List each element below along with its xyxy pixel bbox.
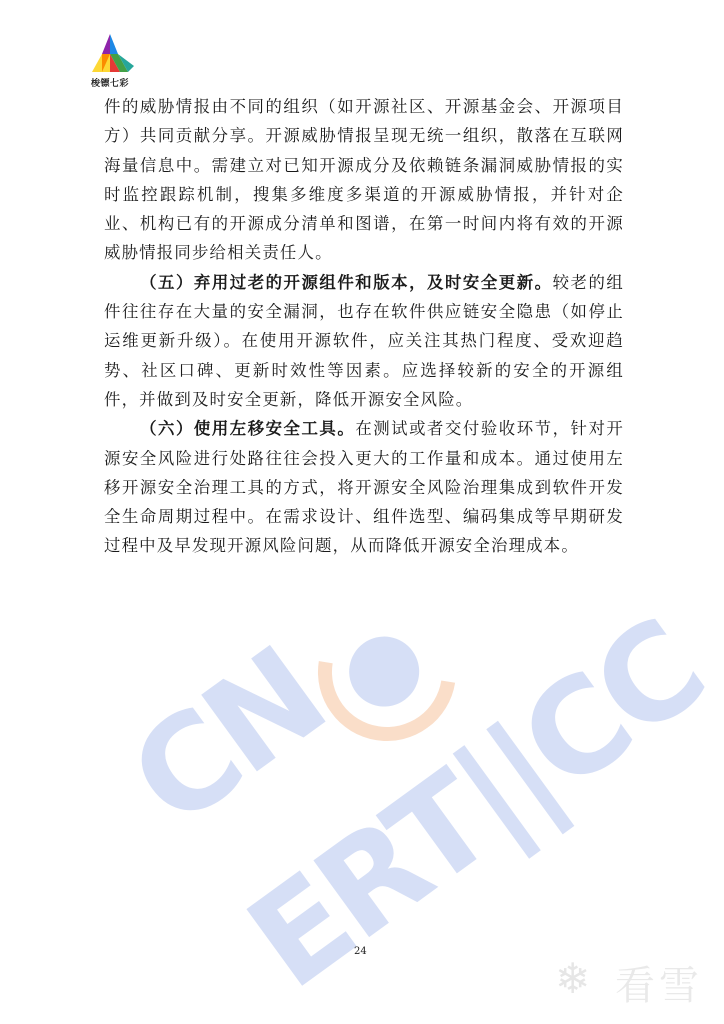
paragraph-threat-intel: 件的威胁情报由不同的组织（如开源社区、开源基金会、开源项目方）共同贡献分享。开源… — [104, 92, 624, 268]
corner-mark-text: 看雪 — [615, 954, 703, 1011]
page-number: 24 — [354, 946, 367, 957]
section-heading: （五）弃用过老的开源组件和版本，及时安全更新。 — [140, 273, 553, 292]
publisher-logo: 梭镖七彩 — [80, 32, 140, 90]
paragraph-text: 件的威胁情报由不同的组织（如开源社区、开源基金会、开源项目方）共同贡献分享。开源… — [104, 97, 624, 262]
globe-icon — [290, 575, 483, 768]
kanxue-corner-mark: ❄ 看雪 — [555, 948, 715, 1008]
paragraph-section-5: （五）弃用过老的开源组件和版本，及时安全更新。较老的组件往往存在大量的安全漏洞，… — [104, 268, 624, 414]
logo-text: 梭镖七彩 — [80, 76, 140, 89]
prism-logo-icon — [80, 32, 140, 76]
paragraph-text: 在测试或者交付验收环节，针对开源安全风险进行处路往往会投入更大的工作量和成本。通… — [104, 419, 624, 555]
document-body: 件的威胁情报由不同的组织（如开源社区、开源基金会、开源项目方）共同贡献分享。开源… — [104, 92, 624, 561]
snowflake-icon: ❄ — [555, 954, 590, 1003]
section-heading: （六）使用左移安全工具。 — [140, 419, 355, 438]
paragraph-text: 较老的组件往往存在大量的安全漏洞，也存在软件供应链安全隐患（如停止运维更新升级）… — [104, 273, 624, 409]
watermark-text-left: CN — [104, 620, 349, 856]
paragraph-section-6: （六）使用左移安全工具。在测试或者交付验收环节，针对开源安全风险进行处路往往会投… — [104, 414, 624, 560]
